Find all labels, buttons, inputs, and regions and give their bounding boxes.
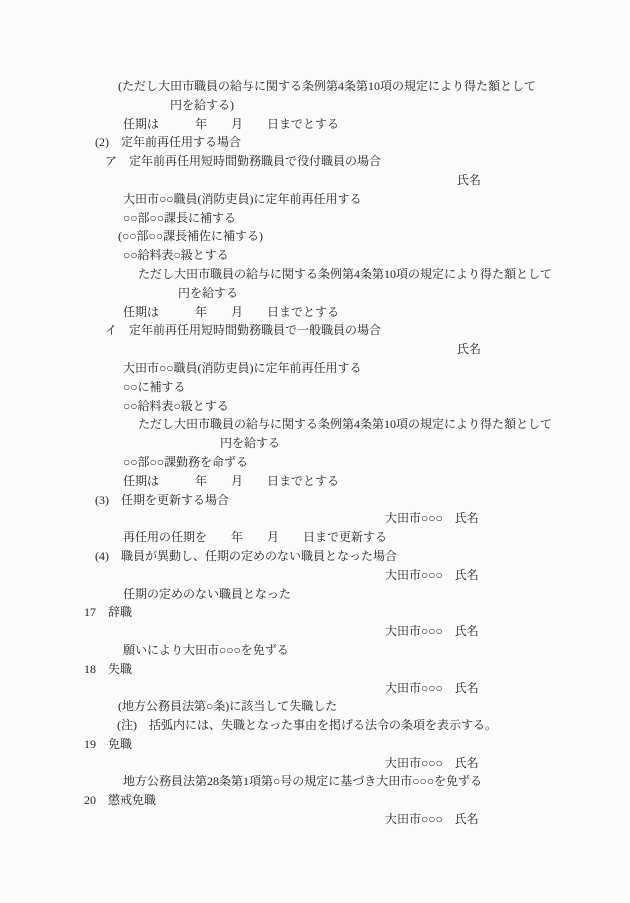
yen-amount-line: 円を給する: [178, 284, 630, 303]
resignation-line: 願いにより大田市○○○を免ずる: [123, 641, 630, 660]
yen-amount-line: 円を給する: [220, 434, 630, 453]
addressee-name-line: 大田市○○○ 氏名: [385, 622, 630, 641]
sub-item-a-heading: ア 定年前再任用短時間勤務職員で役付職員の場合: [105, 152, 630, 171]
sub-item-i-heading: イ 定年前再任用短時間勤務職員で一般職員の場合: [105, 321, 630, 340]
item-2-heading: (2) 定年前再任用する場合: [95, 133, 630, 152]
addressee-name-line: 大田市○○○ 氏名: [385, 810, 630, 829]
section-18-heading: 18 失職: [84, 660, 630, 679]
status-change-line: 任期の定めのない職員となった: [123, 585, 630, 604]
proviso-line: ただし大田市職員の給与に関する条例第4条第10項の規定により得た額として: [138, 415, 630, 434]
term-date-line: 任期は 年 月 日までとする: [123, 303, 630, 322]
loss-of-position-line: (地方公務員法第○条)に該当して失職した: [118, 697, 630, 716]
dismissal-line: 地方公務員法第28条第1項第○号の規定に基づき大田市○○○を免ずる: [123, 772, 630, 791]
assignment-line: ○○部○○課長に補する: [123, 209, 630, 228]
yen-amount-line: 円を給する): [170, 96, 630, 115]
addressee-name-line: 大田市○○○ 氏名: [385, 679, 630, 698]
assignment-alt-line: (○○部○○課長補佐に補する): [118, 227, 630, 246]
name-label: 氏名: [457, 171, 630, 190]
appointment-line: 大田市○○職員(消防吏員)に定年前再任用する: [123, 190, 630, 209]
addressee-name-line: 大田市○○○ 氏名: [385, 509, 630, 528]
addressee-name-line: 大田市○○○ 氏名: [385, 754, 630, 773]
term-date-line: 任期は 年 月 日までとする: [123, 472, 630, 491]
note-line: (注) 括弧内には、失職となった事由を掲げる法令の条項を表示する。: [117, 716, 630, 735]
section-17-heading: 17 辞職: [84, 603, 630, 622]
item-3-heading: (3) 任期を更新する場合: [95, 491, 630, 510]
document-body: (ただし大田市職員の給与に関する条例第4条第10項の規定により得た額として 円を…: [0, 0, 630, 829]
item-4-heading: (4) 職員が異動し、任期の定めのない職員となった場合: [95, 547, 630, 566]
term-date-line: 任期は 年 月 日までとする: [123, 115, 630, 134]
assignment-line: ○○に補する: [123, 378, 630, 397]
proviso-line: ただし大田市職員の給与に関する条例第4条第10項の規定により得た額として: [138, 265, 630, 284]
salary-grade-line: ○○給料表○級とする: [123, 397, 630, 416]
proviso-continuation-line: (ただし大田市職員の給与に関する条例第4条第10項の規定により得た額として: [118, 77, 630, 96]
document-page: (ただし大田市職員の給与に関する条例第4条第10項の規定により得た額として 円を…: [0, 0, 630, 903]
section-20-heading: 20 懲戒免職: [84, 791, 630, 810]
name-label: 氏名: [457, 340, 630, 359]
duty-assignment-line: ○○部○○課勤務を命ずる: [123, 453, 630, 472]
salary-grade-line: ○○給料表○級とする: [123, 246, 630, 265]
addressee-name-line: 大田市○○○ 氏名: [385, 566, 630, 585]
term-renewal-line: 再任用の任期を 年 月 日まで更新する: [123, 528, 630, 547]
section-19-heading: 19 免職: [84, 735, 630, 754]
appointment-line: 大田市○○職員(消防吏員)に定年前再任用する: [123, 359, 630, 378]
